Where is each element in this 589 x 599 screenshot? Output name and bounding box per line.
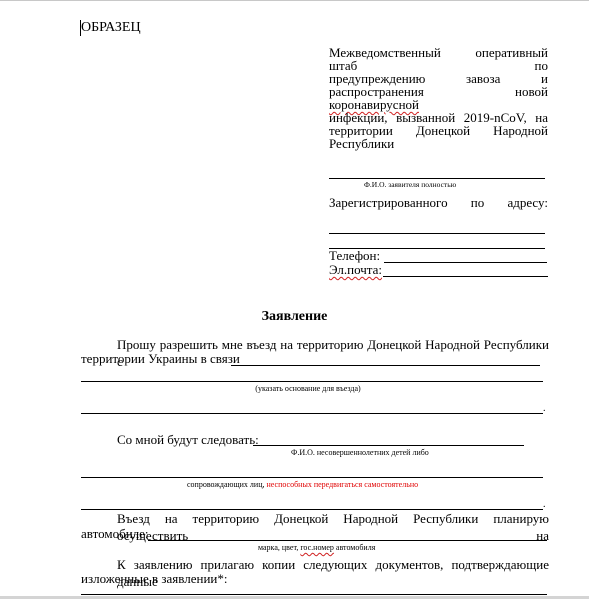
vehicle-line-1: Въезд на территорию Донецкой Народной Ре…	[81, 510, 549, 544]
sample-label[interactable]: ОБРАЗЕЦ	[81, 20, 141, 36]
attachments-line[interactable]	[81, 594, 547, 595]
attachments-line-2: изложенные в заявлении*:	[81, 572, 228, 586]
fio-line[interactable]	[329, 178, 545, 179]
addressee-line: распространения новой коронавирусной	[329, 85, 548, 111]
vehicle-paragraph: Въезд на территорию Донецкой Народной Ре…	[81, 510, 549, 544]
companions-caption-2: сопровождающих лиц, неспособных передвиг…	[187, 480, 418, 489]
email-line[interactable]	[383, 276, 548, 277]
addressee-line: Республики	[329, 137, 548, 150]
vehicle-caption: марка, цвет, гос.номер автомобиля	[258, 543, 375, 552]
companions-label: Со мной будут следовать:	[117, 433, 259, 447]
reason-line-3[interactable]	[81, 413, 543, 414]
registered-address-label: Зарегистрированного по адресу:	[329, 195, 548, 211]
page-top-edge	[0, 0, 589, 1]
companions-line-1[interactable]	[253, 445, 524, 446]
companions-line-2[interactable]	[81, 477, 543, 478]
request-line-2: территории Украины в связи	[81, 352, 240, 366]
word: Зарегистрированного	[329, 195, 448, 211]
vehicle-line[interactable]	[148, 540, 547, 541]
email-label: Эл.почта:	[329, 263, 382, 277]
companions-caption-1: Ф.И.О. несовершеннолетних детей либо	[291, 448, 429, 457]
word: адресу:	[507, 195, 548, 211]
reason-caption: (указать основание для въезда)	[0, 384, 589, 393]
fio-caption: Ф.И.О. заявителя полностью	[364, 181, 456, 189]
phone-label: Телефон:	[329, 249, 380, 263]
addressee-block[interactable]: Межведомственный оперативный штаб по пре…	[329, 46, 548, 150]
reason-line-1[interactable]	[231, 365, 540, 366]
phone-line[interactable]	[384, 262, 547, 263]
end-dot: .	[543, 403, 546, 414]
end-dot: .	[543, 499, 546, 510]
address-line-1[interactable]	[329, 233, 545, 234]
document-title: Заявление	[0, 309, 589, 325]
vehicle-line-2: автомобиле:	[81, 527, 149, 541]
word: по	[471, 195, 484, 211]
addressee-line: Межведомственный оперативный штаб по	[329, 46, 548, 72]
reason-line-2[interactable]	[81, 381, 543, 382]
